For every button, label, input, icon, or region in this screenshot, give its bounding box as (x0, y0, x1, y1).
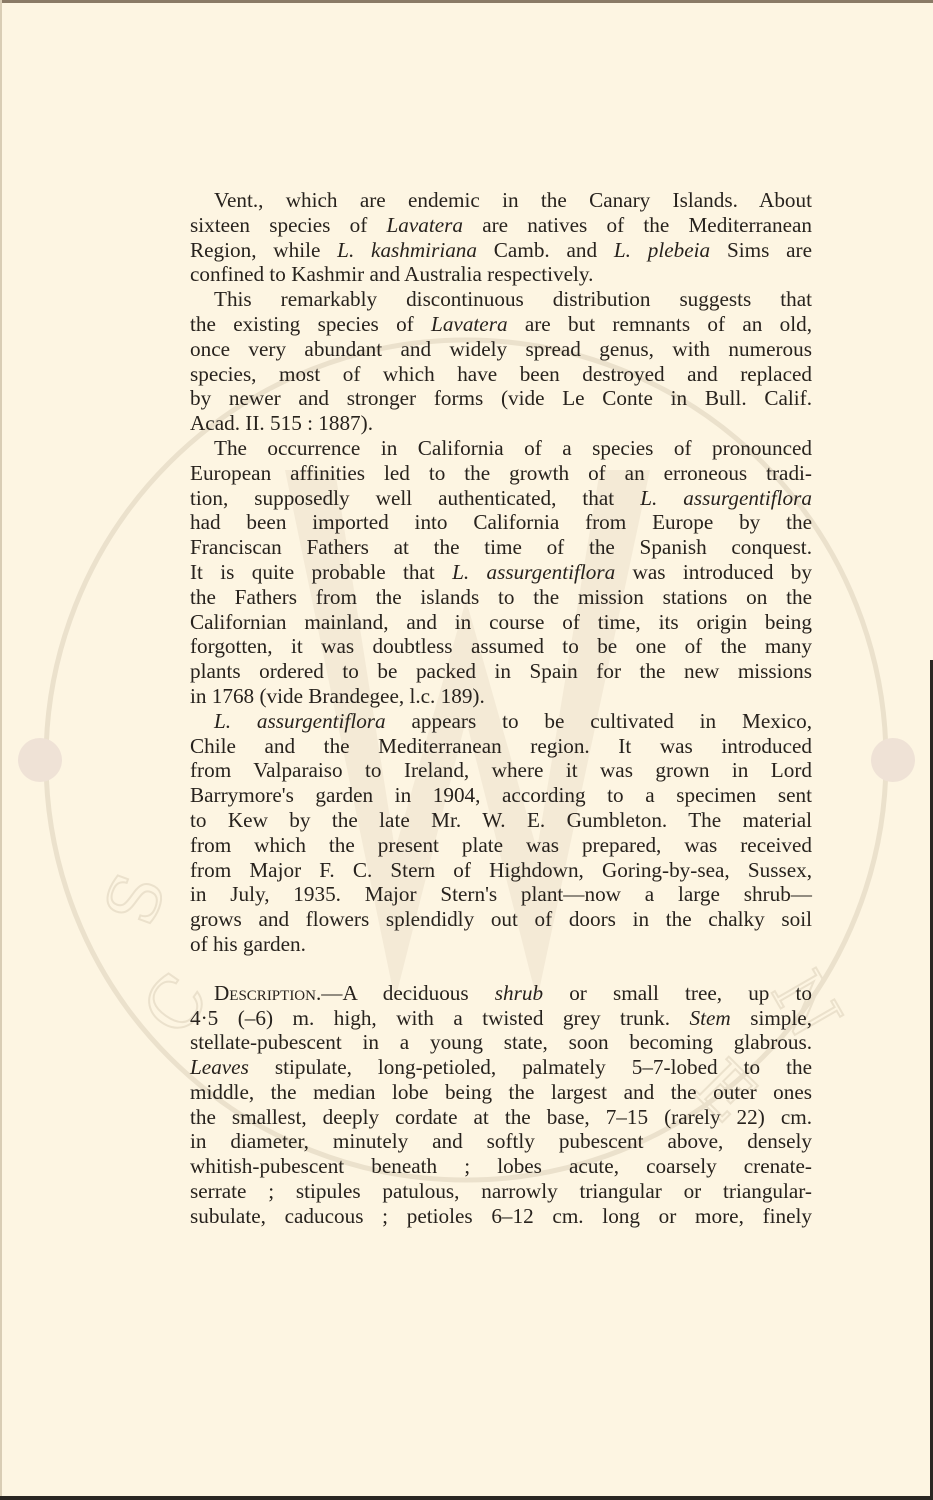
paragraph: This remarkably discontinuous distributi… (190, 287, 812, 436)
text-line: This remarkably discontinuous distributi… (190, 287, 812, 312)
svg-text:S: S (89, 863, 182, 936)
document-body: Vent., which are endemic in the Canary I… (190, 188, 812, 1229)
text-line: species, most of which have been destroy… (190, 362, 812, 387)
text-line: whitish-pubescent beneath ; lobes acute,… (190, 1154, 812, 1179)
italic-term: Leaves (190, 1055, 249, 1079)
text-line: stellate-pubescent in a young state, soo… (190, 1030, 812, 1055)
text-line: tion, supposedly well authenticated, tha… (190, 486, 812, 511)
text-line: by newer and stronger forms (vide Le Con… (190, 386, 812, 411)
paragraph: L. assurgentiflora appears to be cultiva… (190, 709, 812, 957)
text-line: Franciscan Fathers at the time of the Sp… (190, 535, 812, 560)
text-line: Leaves stipulate, long-petioled, palmate… (190, 1055, 812, 1080)
page-top-edge (0, 0, 933, 3)
text-line: from Major F. C. Stern of Highdown, Gori… (190, 858, 812, 883)
description-heading: Description. (214, 981, 321, 1005)
text-line: plants ordered to be packed in Spain for… (190, 659, 812, 684)
text-line: in diameter, minutely and softly pubesce… (190, 1129, 812, 1154)
text-line: subulate, caducous ; petioles 6–12 cm. l… (190, 1204, 812, 1229)
italic-term: shrub (495, 981, 543, 1005)
italic-term: L. assurgentiflora (452, 560, 615, 584)
text-line: Region, while L. kashmiriana Camb. and L… (190, 238, 812, 263)
text-line: Acad. II. 515 : 1887). (190, 411, 812, 436)
text-line: middle, the median lobe being the larges… (190, 1080, 812, 1105)
text-line: the smallest, deeply cordate at the base… (190, 1105, 812, 1130)
text-line: Chile and the Mediterranean region. It w… (190, 734, 812, 759)
text-line: Barrymore's garden in 1904, according to… (190, 783, 812, 808)
italic-term: Lavatera (431, 312, 508, 336)
italic-term: L. assurgentiflora (214, 709, 386, 733)
paragraph: The occurrence in California of a specie… (190, 436, 812, 709)
text-line: the existing species of Lavatera are but… (190, 312, 812, 337)
italic-term: L. kashmiriana (337, 238, 477, 262)
text-line: in 1768 (vide Brandegee, l.c. 189). (190, 684, 812, 709)
text-line: 4·5 (–6) m. high, with a twisted grey tr… (190, 1006, 812, 1031)
text-line: L. assurgentiflora appears to be cultiva… (190, 709, 812, 734)
italic-term: L. plebeia (614, 238, 710, 262)
text-line: serrate ; stipules patulous, narrowly tr… (190, 1179, 812, 1204)
italic-term: Lavatera (386, 213, 463, 237)
page-left-edge (0, 0, 2, 1500)
text-line: in July, 1935. Major Stern's plant—now a… (190, 882, 812, 907)
text-line: Description.—A deciduous shrub or small … (190, 981, 812, 1006)
description-section: Description.—A deciduous shrub or small … (190, 981, 812, 1229)
text-line: The occurrence in California of a specie… (190, 436, 812, 461)
section-gap (190, 957, 812, 981)
text-line: Californian mainland, and in course of t… (190, 610, 812, 635)
italic-term: L. assurgentiflora (640, 486, 812, 510)
text-line: once very abundant and widely spread gen… (190, 337, 812, 362)
text-line: grows and flowers splendidly out of door… (190, 907, 812, 932)
text-line: It is quite probable that L. assurgentif… (190, 560, 812, 585)
paragraph: Vent., which are endemic in the Canary I… (190, 188, 812, 287)
text-line: of his garden. (190, 932, 812, 957)
text-line: forgotten, it was doubtless assumed to b… (190, 634, 812, 659)
page-bottom-edge (0, 1496, 933, 1500)
text-line: European affinities led to the growth of… (190, 461, 812, 486)
text-line: confined to Kashmir and Australia respec… (190, 262, 812, 287)
text-line: had been imported into California from E… (190, 510, 812, 535)
text-line: sixteen species of Lavatera are natives … (190, 213, 812, 238)
text-line: from Valparaiso to Ireland, where it was… (190, 758, 812, 783)
text-line: the Fathers from the islands to the miss… (190, 585, 812, 610)
text-line: to Kew by the late Mr. W. E. Gumbleton. … (190, 808, 812, 833)
text-line: Vent., which are endemic in the Canary I… (190, 188, 812, 213)
italic-term: Stem (690, 1006, 731, 1030)
text-line: from which the present plate was prepare… (190, 833, 812, 858)
